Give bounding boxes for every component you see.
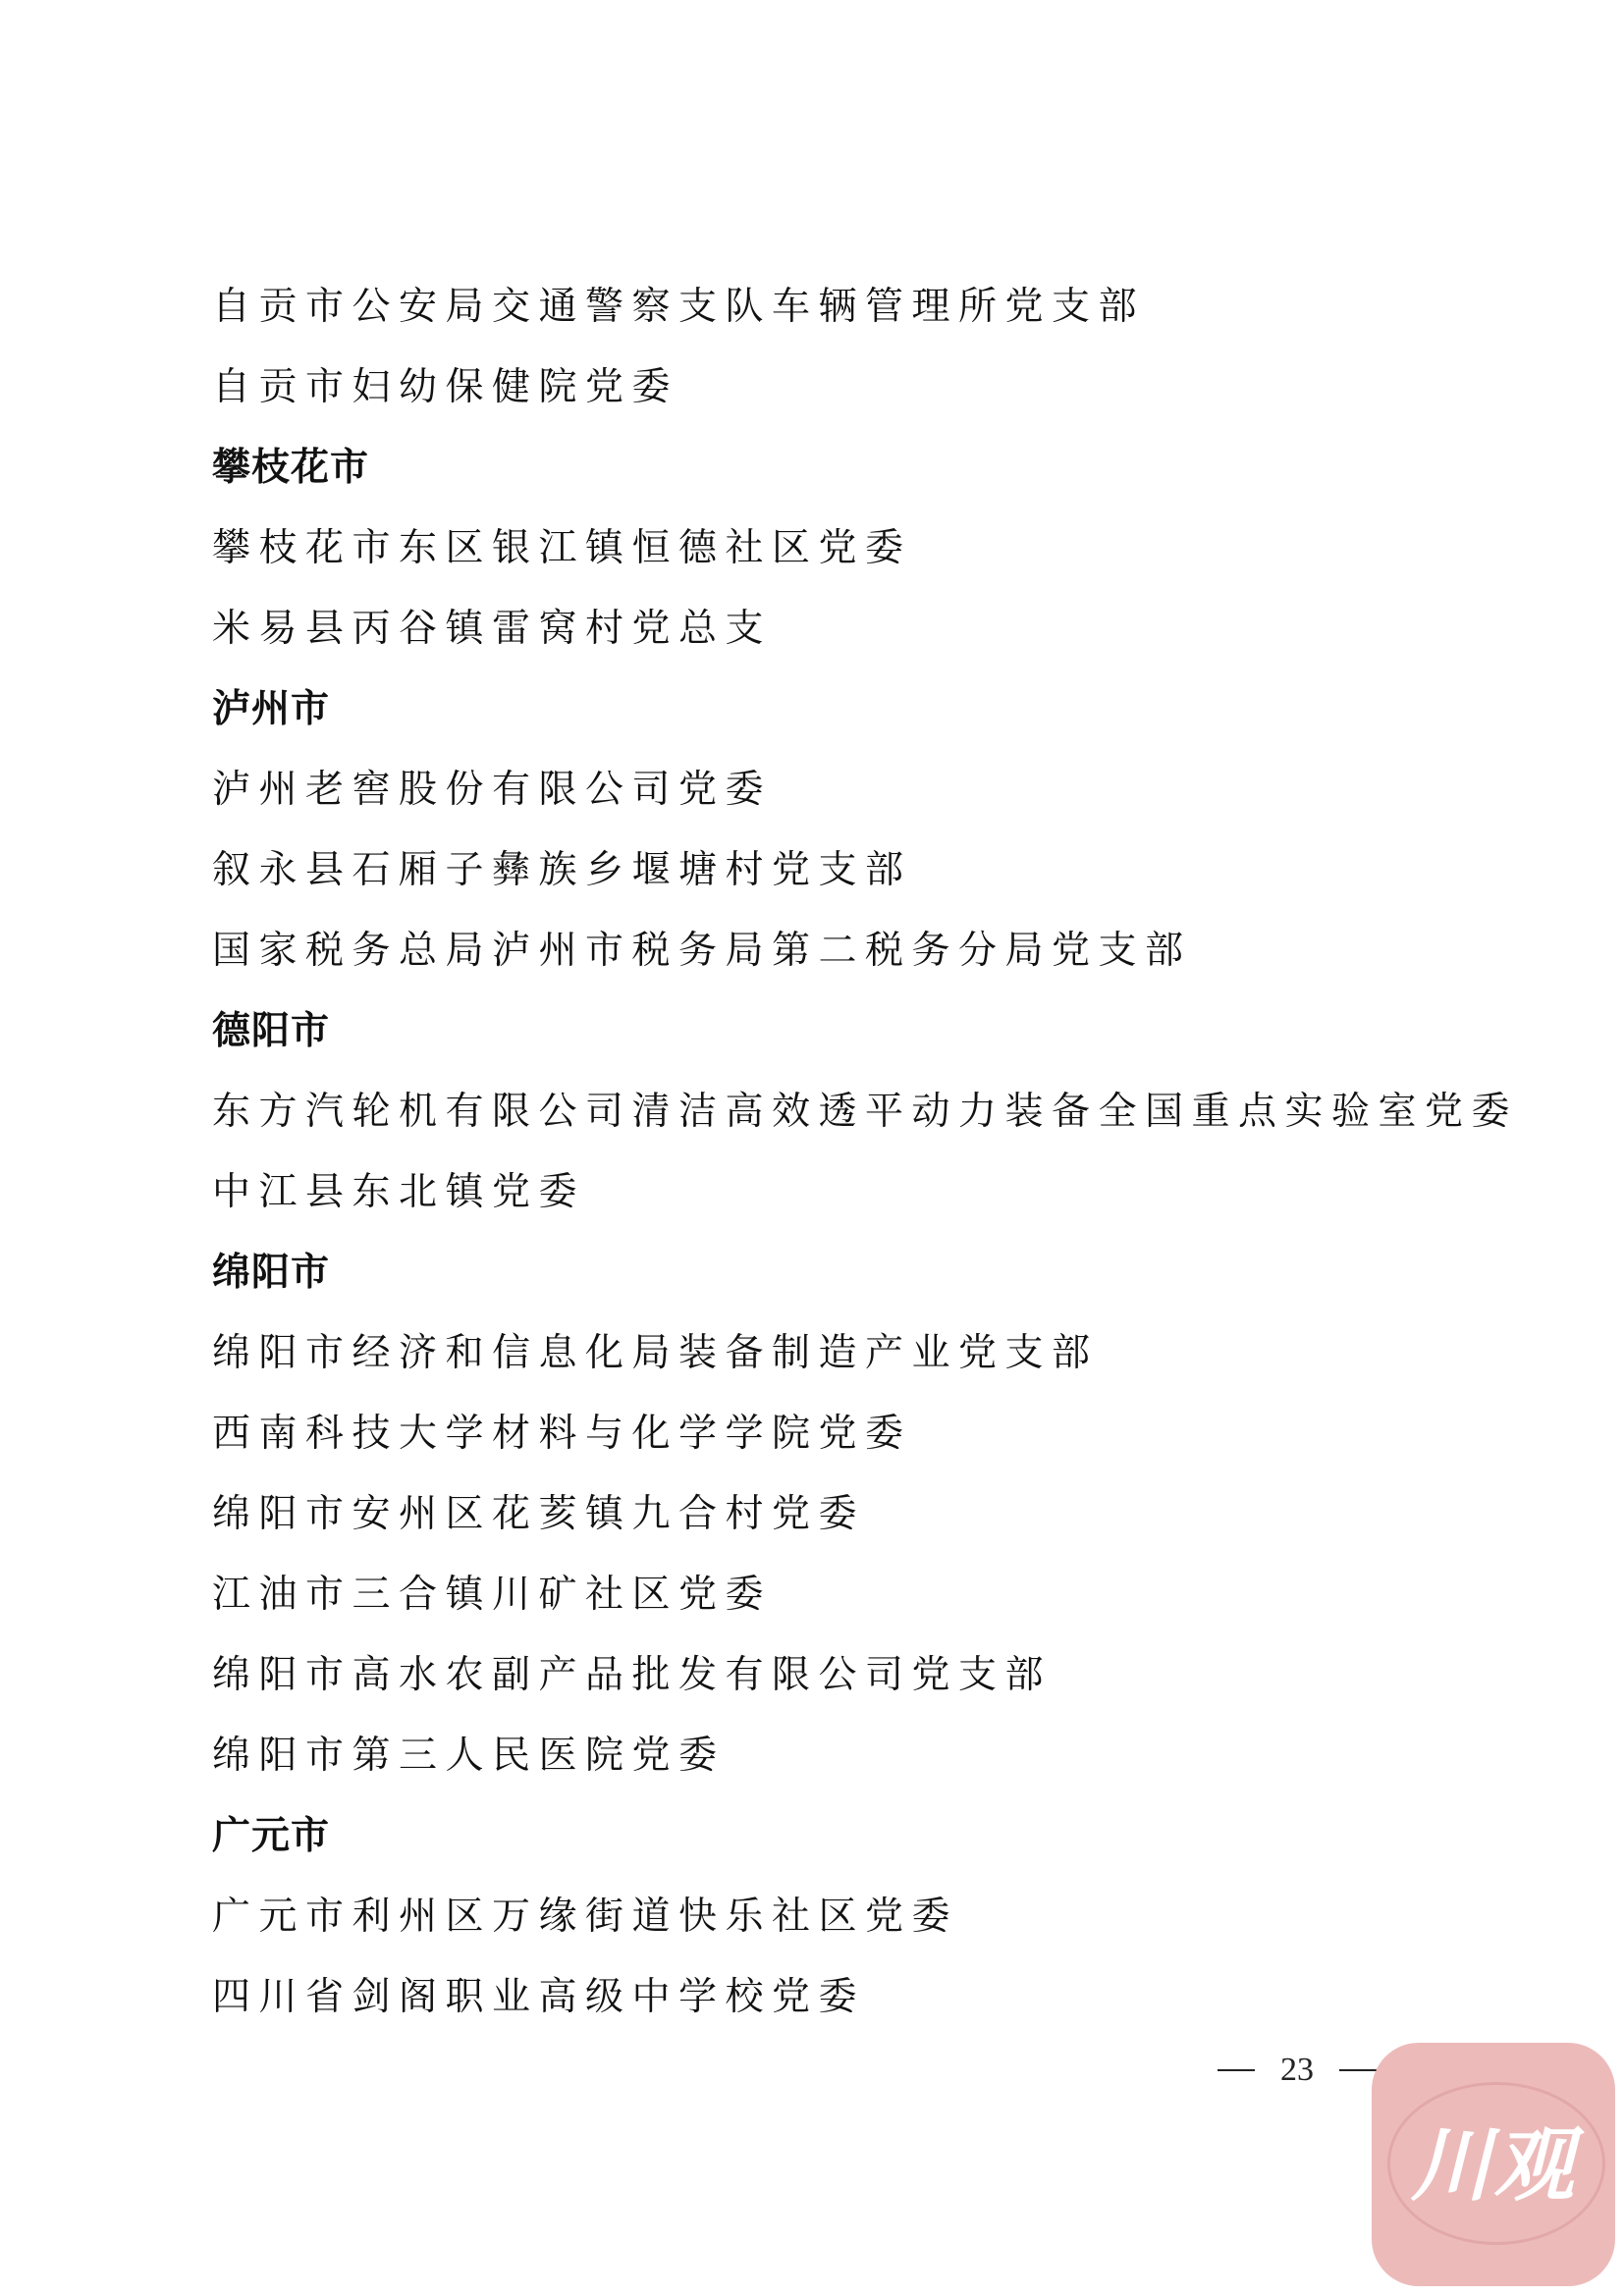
org-entry: 绵阳市安州区花荄镇九合村党委: [212, 1474, 1449, 1555]
org-entry: 泸州老窖股份有限公司党委: [212, 750, 1449, 830]
org-entry: 西南科技大学材料与化学学院党委: [212, 1394, 1449, 1474]
watermark-text: 川观: [1372, 2117, 1615, 2216]
page-number-dash-left: [1218, 2069, 1255, 2071]
org-entry: 米易县丙谷镇雷窝村党总支: [212, 589, 1449, 669]
city-heading: 德阳市: [212, 991, 1449, 1072]
org-entry: 四川省剑阁职业高级中学校党委: [212, 1957, 1449, 2038]
org-entry: 绵阳市第三人民医院党委: [212, 1716, 1449, 1796]
page-number-dash-right: [1339, 2069, 1377, 2071]
org-entry: 东方汽轮机有限公司清洁高效透平动力装备全国重点实验室党委: [212, 1072, 1449, 1152]
city-heading: 泸州市: [212, 669, 1449, 750]
org-entry: 绵阳市高水农副产品批发有限公司党支部: [212, 1635, 1449, 1716]
org-entry: 绵阳市经济和信息化局装备制造产业党支部: [212, 1313, 1449, 1394]
chuanguan-watermark-logo: 川观: [1372, 2043, 1615, 2286]
org-entry: 自贡市公安局交通警察支队车辆管理所党支部: [212, 267, 1449, 347]
document-body: 自贡市公安局交通警察支队车辆管理所党支部 自贡市妇幼保健院党委 攀枝花市 攀枝花…: [212, 267, 1449, 2038]
org-entry: 江油市三合镇川矿社区党委: [212, 1555, 1449, 1635]
page-number: 23: [1218, 2052, 1377, 2089]
org-entry: 广元市利州区万缘街道快乐社区党委: [212, 1877, 1449, 1957]
org-entry: 攀枝花市东区银江镇恒德社区党委: [212, 508, 1449, 589]
org-entry: 中江县东北镇党委: [212, 1152, 1449, 1233]
city-heading: 广元市: [212, 1796, 1449, 1877]
city-heading: 攀枝花市: [212, 428, 1449, 508]
org-entry: 自贡市妇幼保健院党委: [212, 347, 1449, 428]
org-entry: 叙永县石厢子彝族乡堰塘村党支部: [212, 830, 1449, 911]
city-heading: 绵阳市: [212, 1233, 1449, 1313]
page-number-value: 23: [1280, 2052, 1314, 2089]
org-entry: 国家税务总局泸州市税务局第二税务分局党支部: [212, 911, 1449, 991]
